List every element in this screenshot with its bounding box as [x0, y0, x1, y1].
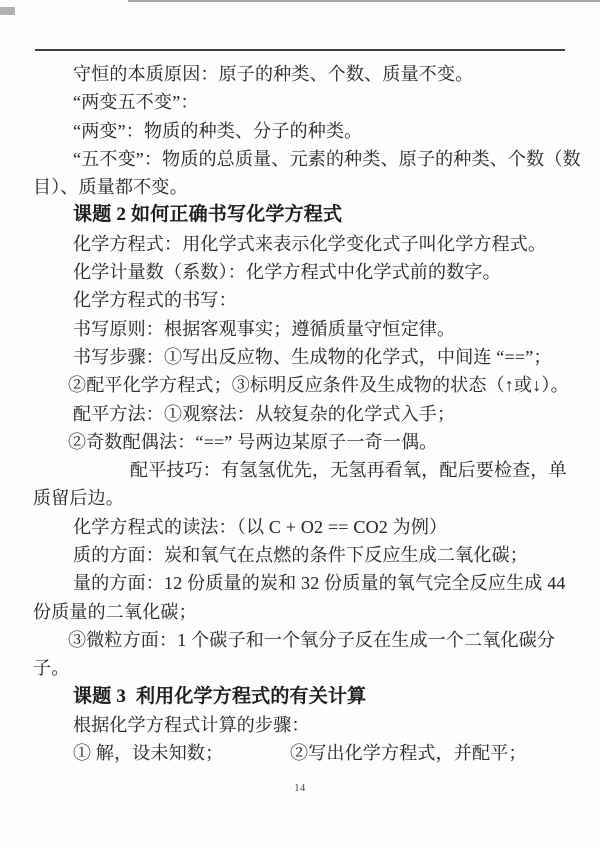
text-line: ③微粒方面：1 个碳子和一个氧分子反在生成一个二氧化碳分	[33, 626, 573, 654]
page-number: 14	[0, 783, 600, 794]
text-line: 化学方程式：用化学式来表示化学变化式子叫化学方程式。	[33, 230, 573, 258]
step-item-right: ②写出化学方程式，并配平；	[290, 739, 527, 767]
document-page: 守恒的本质原因：原子的种类、个数、质量不变。“两变五不变”：“两变”：物质的种类…	[0, 0, 600, 848]
header-rule	[35, 49, 565, 51]
text-line: 质留后边。	[33, 484, 573, 512]
text-line: 质的方面：炭和氧气在点燃的条件下反应生成二氧化碳；	[33, 541, 573, 569]
text-line: 化学方程式的书写：	[33, 286, 573, 314]
text-line: ②配平化学方程式；③标明反应条件及生成物的状态（↑或↓）。	[33, 371, 573, 399]
text-line: “五不变”：物质的总质量、元素的种类、原子的种类、个数（数	[33, 145, 573, 173]
scan-corner-artifact	[0, 7, 15, 15]
text-line: 根据化学方程式计算的步骤：	[33, 711, 573, 739]
section-heading: 课题 3 利用化学方程式的有关计算	[33, 683, 573, 711]
text-line: 目）、质量都不变。	[33, 173, 573, 201]
text-line: 书写原则：根据客观事实；遵循质量守恒定律。	[33, 315, 573, 343]
text-line: 化学计量数（系数）：化学方程式中化学式前的数字。	[33, 258, 573, 286]
text-line: 化学方程式的读法：（以 C + O2 == CO2 为例）	[33, 513, 573, 541]
step-item-left: ① 解，设未知数；	[73, 743, 223, 763]
text-line: 量的方面：12 份质量的炭和 32 份质量的氧气完全反应生成 44	[33, 569, 573, 597]
text-line: 份质量的二氧化碳；	[33, 598, 573, 626]
text-line: 配平方法：①观察法：从较复杂的化学式入手；	[33, 400, 573, 428]
text-line: ②奇数配偶法：“==” 号两边某原子一奇一偶。	[33, 428, 573, 456]
text-line: 配平技巧：有氢氢优先，无氢再看氧，配后要检查，单	[33, 456, 573, 484]
text-line: 守恒的本质原因：原子的种类、个数、质量不变。	[33, 60, 573, 88]
document-body: 守恒的本质原因：原子的种类、个数、质量不变。“两变五不变”：“两变”：物质的种类…	[33, 60, 573, 767]
text-line: 子。	[33, 654, 573, 682]
section-heading: 课题 2 如何正确书写化学方程式	[33, 201, 573, 229]
text-line: “两变五不变”：	[33, 88, 573, 116]
scan-edge-artifact	[128, 0, 600, 2]
text-line: 书写步骤：①写出反应物、生成物的化学式，中间连 “==”；	[33, 343, 573, 371]
text-line: “两变”：物质的种类、分子的种类。	[33, 117, 573, 145]
text-line: ① 解，设未知数；②写出化学方程式，并配平；	[33, 739, 573, 767]
